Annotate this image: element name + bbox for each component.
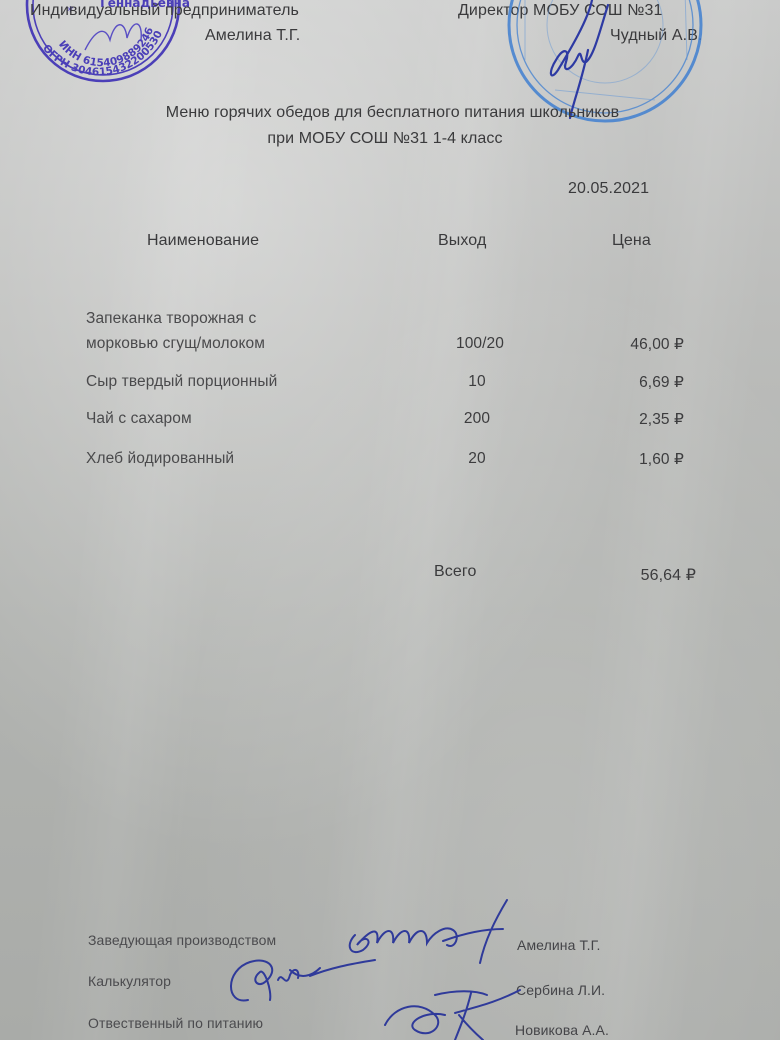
paper-texture — [305, 0, 554, 1040]
item-output: 20 — [432, 450, 522, 468]
item-price: 6,69 ₽ — [574, 373, 684, 392]
paper-texture — [545, 0, 780, 1040]
total-value: 56,64 ₽ — [586, 565, 696, 585]
item-price: 2,35 ₽ — [574, 410, 684, 429]
item-name: Запеканка творожная с — [86, 310, 256, 328]
item-name: Сыр твердый порционный — [86, 373, 277, 391]
column-header-output: Выход — [438, 232, 486, 250]
item-name: Хлеб йодированный — [86, 450, 234, 468]
item-name: Чай с сахаром — [86, 410, 192, 428]
signature-name: Сербина Л.И. — [516, 982, 605, 998]
item-price: 46,00 ₽ — [574, 335, 684, 354]
entrepreneur-name: Амелина Т.Г. — [205, 27, 300, 45]
signature-role: Калькулятор — [88, 973, 171, 989]
item-output: 10 — [432, 373, 522, 391]
signature-nutrition-responsible-icon — [375, 985, 525, 1040]
signature-role: Отвественный по питанию — [88, 1015, 263, 1031]
signature-calculator-icon — [220, 950, 380, 1010]
item-name-continued: морковью сгущ/молоком — [86, 335, 265, 353]
signature-name: Амелина Т.Г. — [517, 937, 601, 953]
signature-role: Заведующая производством — [88, 932, 276, 948]
signature-name: Новикова А.А. — [515, 1022, 609, 1038]
item-output: 100/20 — [435, 335, 525, 353]
item-output: 200 — [432, 410, 522, 428]
column-header-name: Наименование — [147, 232, 259, 250]
entrepreneur-role: Индивидуальный предприниматель — [30, 2, 299, 20]
total-label: Всего — [434, 563, 476, 581]
director-signature-icon — [530, 0, 630, 120]
item-price: 1,60 ₽ — [574, 450, 684, 469]
document-title-line1: Меню горячих обедов для бесплатного пита… — [0, 104, 780, 122]
document-title-line2: при МОБУ СОШ №31 1-4 класс — [0, 130, 780, 148]
document-date: 20.05.2021 — [568, 180, 649, 198]
paper-texture — [25, 0, 274, 1040]
column-header-price: Цена — [612, 232, 651, 250]
